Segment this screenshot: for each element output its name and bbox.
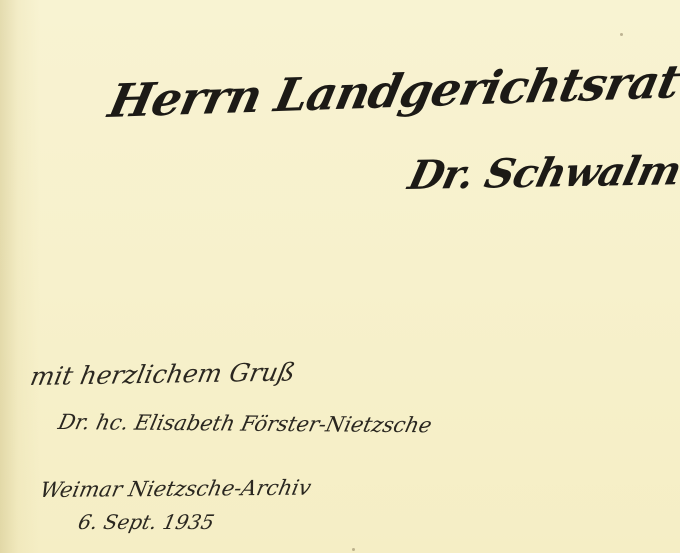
place-text: Weimar Nietzsche-Archiv — [38, 476, 313, 502]
addressee-name: Dr. Schwalm — [404, 147, 680, 199]
greeting-text: mit herzlichem Gruß — [28, 357, 298, 391]
addressee-title: Herrn Landgerichtsrat — [104, 54, 680, 128]
signature: Dr. hc. Elisabeth Förster-Nietzsche — [56, 410, 434, 437]
paper-speck — [620, 33, 623, 36]
date-text: 6. Sept. 1935 — [76, 510, 217, 534]
paper-page: Herrn Landgerichtsrat Dr. Schwalm mit he… — [0, 0, 680, 553]
paper-speck — [352, 548, 355, 551]
